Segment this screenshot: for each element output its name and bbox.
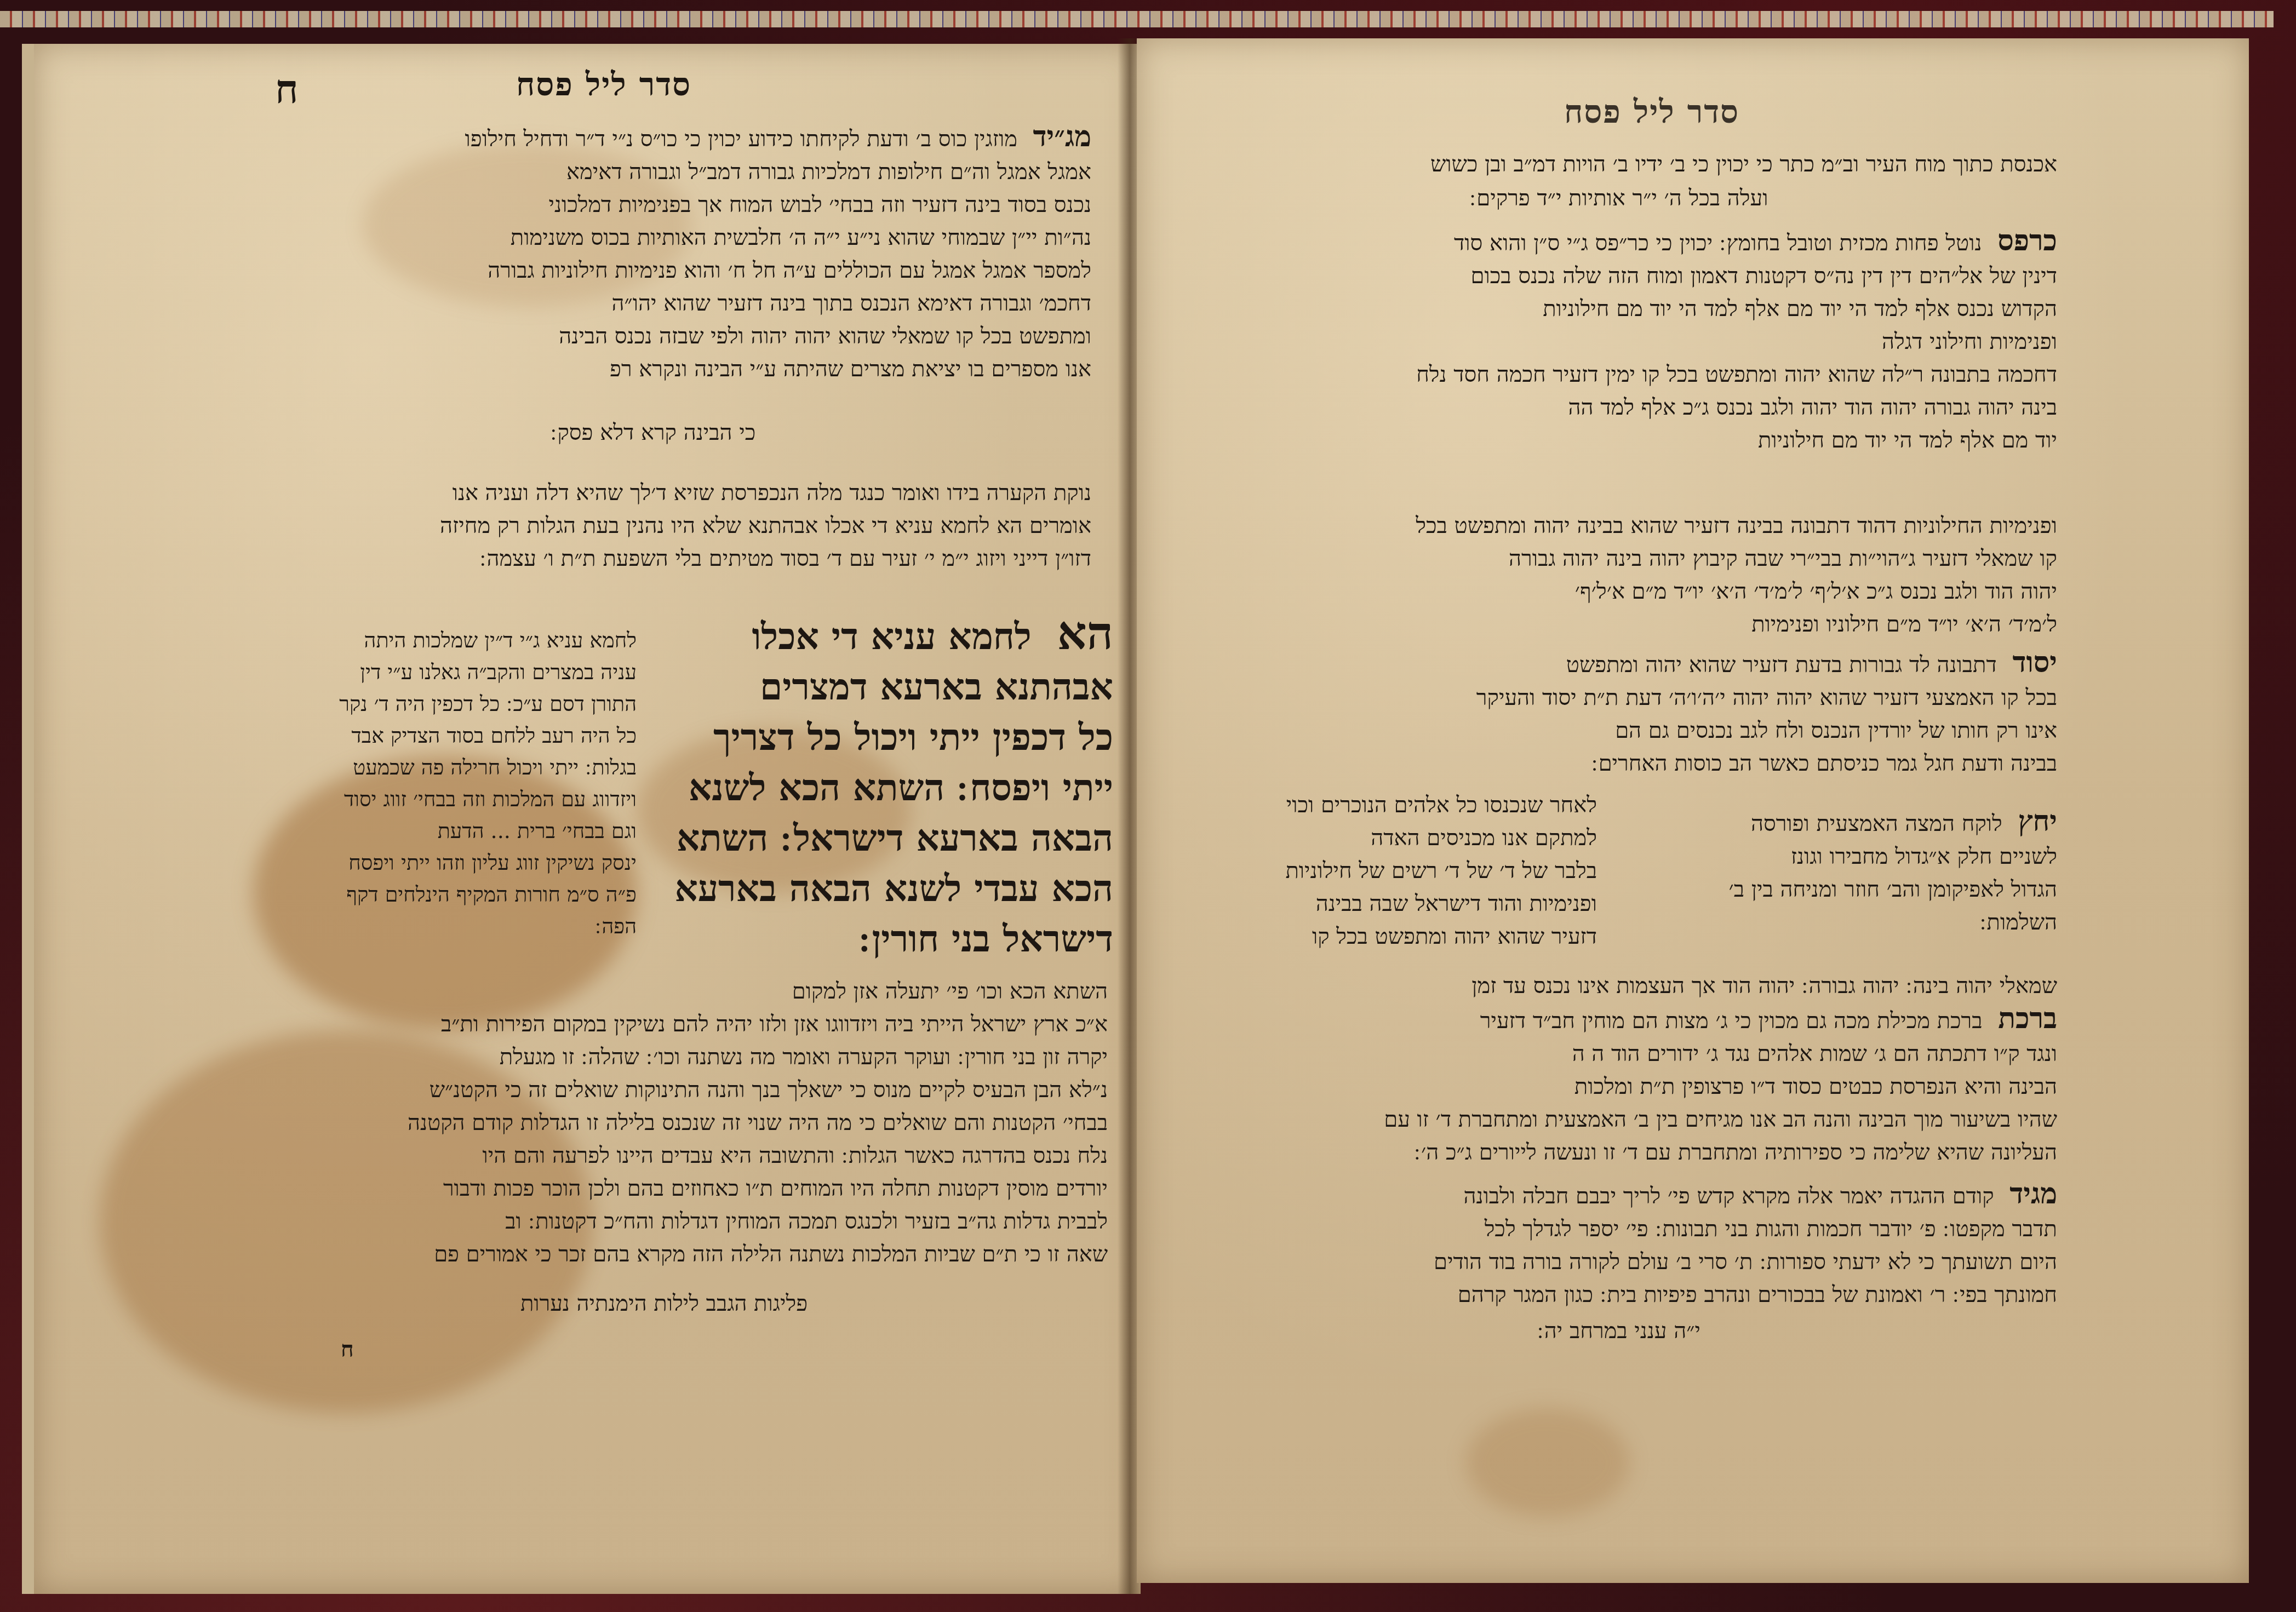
section-lead-yesod: יסוד [2012, 646, 2057, 679]
tevunah-section: ופנימיות החילוניות דהוד דתבונה בבינה דזע… [1181, 509, 2057, 641]
signature-mark: ח [341, 1336, 354, 1362]
commentary-column: לחמא עניא ג״י ד״ין שמלכות היתה עניה במצר… [220, 624, 637, 942]
running-head: סדר ליל פסח [1564, 93, 1739, 130]
section-lead-maggid: מגיד [2009, 1177, 2057, 1211]
folio-letter: ח [275, 66, 299, 113]
intro-paragraph: מג״יד מוזגין כוס ב׳ ודעת לקיחתו כידוע יכ… [215, 121, 1091, 386]
open-book: סדר ליל פסח ח מג״יד מוזגין כוס ב׳ ודעת ל… [0, 16, 2296, 1594]
section-lead-maggid: מג״יד [1033, 120, 1091, 153]
left-page: סדר ליל פסח ח מג״יד מוזגין כוס ב׳ ודעת ל… [22, 44, 1141, 1594]
intro-closing-line: כי הבינה קרא דלא פסק ׃ [215, 416, 1091, 449]
section-lead-karpas: כרפס [1997, 224, 2057, 257]
karpas-section: כרפס נוטל פחות מכזית וטובל בחומץ ׃ יכוין… [1181, 225, 2057, 457]
maggid-section: מגיד קודם ההגדה יאמר אלה מקרא קדש פי׳ לר… [1181, 1178, 2057, 1311]
second-paragraph: נוקת הקערה בידו ואומר כנגד מלה הנכפרסת ש… [215, 477, 1091, 575]
intro-closing-line: ועלה בכל ה׳ י״ר אותיות י״ד פרקים ׃ [1181, 182, 2057, 215]
right-page: סדר ליל פסח אכנסת כתוך מוח העיר וב״מ כתר… [1137, 38, 2249, 1583]
lower-closing-line: פליגות הגבב לילות הימנתיה נערות [220, 1287, 1108, 1320]
yachatz-section: יחץ לוקח המצה האמצעית ופורסה לשניים חלק … [1619, 805, 2057, 939]
ha-lachma-main-text: הא לחמא עניא די אכלו אבהתנא בארעא דמצרים… [648, 608, 1113, 964]
lower-commentary: השתא הכא וכו׳ פי׳ יתעלה אזן למקום א״כ אר… [220, 975, 1108, 1271]
yachatz-left-column: לאחר שנכנסו כל אלהים הנוכרים וכוי למתקם … [1170, 789, 1597, 953]
section-lead-yachatz: יחץ [2018, 805, 2058, 838]
maggid-closing-line: י״ה ענני במרחב יה ׃ [1181, 1315, 2057, 1347]
running-head: סדר ליל פסח [516, 66, 691, 103]
yesod-section: יסוד דתבונה לד גבורות בדעת דזעיר שהוא יה… [1181, 646, 2057, 780]
water-stain [1465, 1408, 1630, 1517]
section-lead-bracha: ברכת [1998, 1002, 2057, 1035]
main-text-lead: הא [1057, 606, 1113, 660]
intro-paragraph: אכנסת כתוך מוח העיר וב״מ כתר כי יכוין כי… [1181, 148, 2057, 181]
bracha-section: שמאלי יהוה בינה ׃ יהוה גבורה ׃ יהוה הוד … [1181, 970, 2057, 1169]
